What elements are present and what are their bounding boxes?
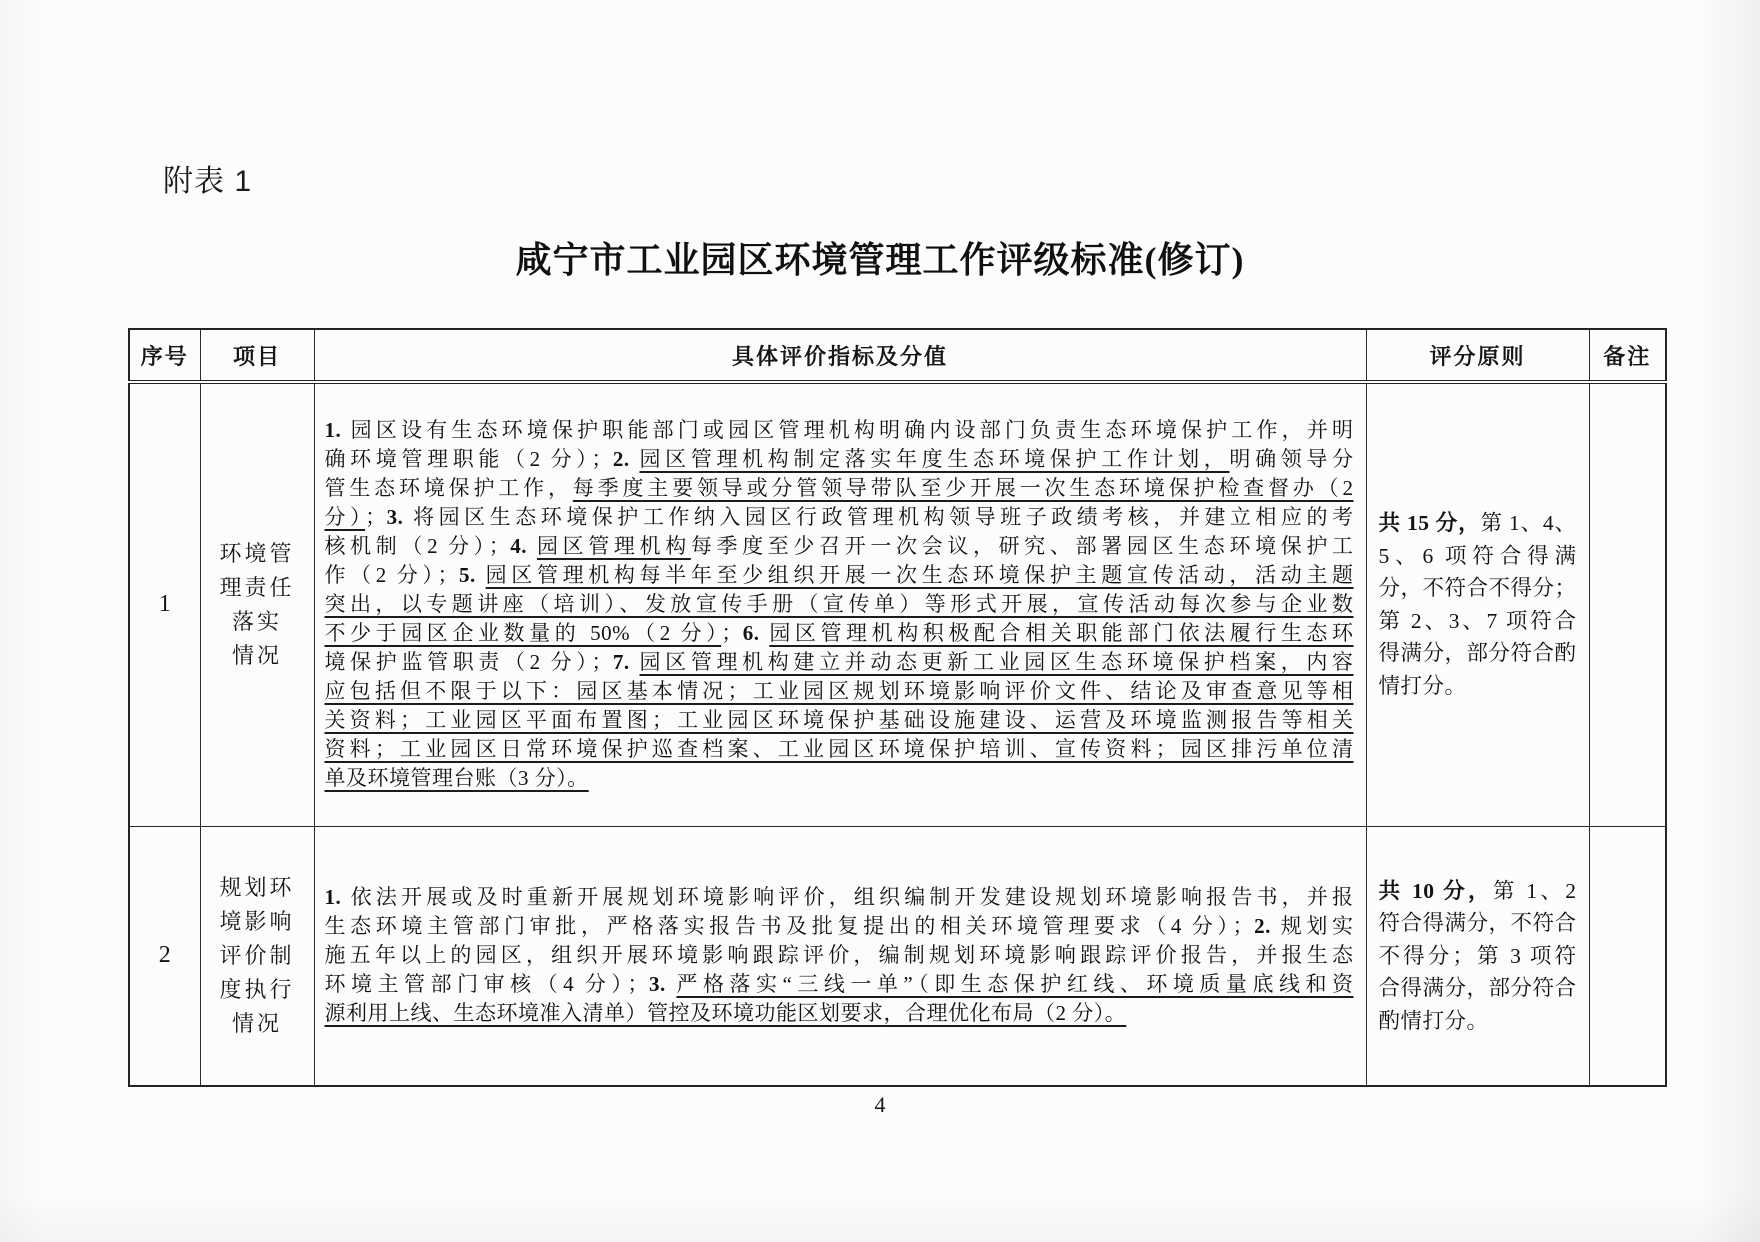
text-segment: 施五年以上的园区，组织开展环境影响跟踪评价，编制规划环境影响跟踪评价报告，并报生…: [325, 943, 1354, 967]
text-segment: 依法开展或及时重新开展规划环境影响评价，组织编制开发建设规划环境影响报告书，并报: [341, 885, 1353, 909]
text-segment: 境保护监管职责（2 分）；: [325, 650, 613, 674]
text-segment: 6.: [743, 621, 760, 645]
row1-item-name: 环境管理责任落实情况: [200, 382, 314, 826]
table-row: 1 环境管理责任落实情况 1. 园区设有生态环境保护职能部门或园区管理机构明确内…: [129, 382, 1666, 826]
text-segment: 1.: [325, 418, 342, 442]
attachment-table-label: 附表 1: [163, 156, 252, 200]
row1-scoring-text: 共 15 分，第 1、4、5、6 项符合得满分，不符合不得分；第 2、3、7 项…: [1367, 507, 1589, 702]
text-segment: [666, 972, 677, 996]
text-segment: 园区管理机构每半年至少组织开展一次生态环境保护主题宣传活动，活动主题: [486, 563, 1354, 587]
text-segment: 1.: [325, 885, 342, 909]
text-line: 情况: [201, 639, 314, 673]
text-segment: 生态环境主管部门审批，严格落实报告书及批复提出的相关环境管理要求（4 分）；: [325, 914, 1255, 938]
indicator-text-line: 境保护监管职责（2 分）；7. 园区管理机构建立并动态更新工业园区生态环境保护档…: [325, 648, 1354, 677]
text-segment: [630, 447, 640, 471]
indicator-text-line: 施五年以上的园区，组织开展环境影响跟踪评价，编制规划环境影响跟踪评价报告，并报生…: [325, 941, 1354, 970]
header-indicators: 具体评价指标及分值: [314, 329, 1366, 382]
indicator-text-line: 1. 园区设有生态环境保护职能部门或园区管理机构明确内设部门负责生态环境保护工作…: [325, 416, 1354, 445]
rating-standards-table: 序号 项目 具体评价指标及分值 评分原则 备注 1 环境管理责任落实情况 1. …: [128, 328, 1667, 1087]
text-segment: 管生态环境保护工作，: [325, 476, 573, 500]
text-segment: 核机制（2 分）；: [325, 534, 511, 558]
indicator-text-line: 应包括但不限于以下：园区基本情况；工业园区规划环境影响评价文件、结论及审查意见等…: [325, 677, 1354, 706]
text-line: 理责任: [201, 571, 314, 605]
text-segment: 3.: [649, 972, 666, 996]
indicator-text-line: 资料；工业园区日常环境保护巡查档案、工业园区环境保护培训、宣传资料；园区排污单位…: [325, 735, 1354, 764]
text-segment: 第 1、4、5、6 项符合得满分，不符合不得分；第 2、3、7 项符合得满分，部…: [1379, 511, 1577, 698]
text-segment: 源利用上线、生态环境准入清单）管控及环境功能区划要求，合理优化布局（2 分）。: [325, 1001, 1127, 1025]
text-segment: 规划实: [1271, 914, 1354, 938]
text-segment: 关资料；工业园区平面布置图；工业园区环境保护基础设施建设、运营及环境监测报告等相…: [325, 708, 1354, 732]
text-segment: 应包括但不限于以下：园区基本情况；工业园区规划环境影响评价文件、结论及审查意见等…: [325, 679, 1354, 703]
text-segment: 3.: [387, 505, 404, 529]
row2-serial-number: 2: [129, 826, 200, 1086]
text-line: 评价制: [201, 939, 314, 973]
indicator-text-line: 突出，以专题讲座（培训）、发放宣传手册（宣传单）等形式开展，宣传活动每次参与企业…: [325, 590, 1354, 619]
indicator-text-line: 环境主管部门审核（4 分）；3. 严格落实“三线一单”（即生态保护红线、环境质量…: [325, 970, 1354, 999]
row1-indicators-cell: 1. 园区设有生态环境保护职能部门或园区管理机构明确内设部门负责生态环境保护工作…: [314, 382, 1366, 826]
text-segment: 严格落实“三线一单”（即生态保护红线、环境质量底线和资: [676, 972, 1353, 996]
header-scoring-principle: 评分原则: [1366, 329, 1589, 382]
text-segment: 2.: [613, 447, 630, 471]
text-segment: 每季度主要领导或分管领导带队至少开展一次生态环境保护检查督办（2: [573, 476, 1354, 500]
row1-scoring-cell: 共 15 分，第 1、4、5、6 项符合得满分，不符合不得分；第 2、3、7 项…: [1366, 382, 1589, 826]
text-segment: 作（2 分）；: [325, 563, 460, 587]
text-segment: 2.: [1254, 914, 1271, 938]
indicator-text-line: 生态环境主管部门审批，严格落实报告书及批复提出的相关环境管理要求（4 分）；2.…: [325, 912, 1354, 941]
text-segment: 突出，以专题讲座（培训）、发放宣传手册（宣传单）等形式开展，宣传活动每次参与企业…: [325, 592, 1354, 616]
text-segment: 每季度至少召开一次会议，研究、部署园区生态环境保护工: [691, 534, 1354, 558]
text-segment: 不少于园区企业数量的 50%（2 分）: [325, 621, 722, 645]
row2-indicators-text: 1. 依法开展或及时重新开展规划环境影响评价，组织编制开发建设规划环境影响报告书…: [315, 883, 1366, 1028]
table-row: 2 规划环境影响评价制度执行情况 1. 依法开展或及时重新开展规划环境影响评价，…: [129, 826, 1666, 1086]
page-number: 4: [0, 1092, 1760, 1118]
page-title: 咸宁市工业园区环境管理工作评级标准(修订): [0, 232, 1760, 283]
text-line: 境影响: [201, 905, 314, 939]
row2-item-name: 规划环境影响评价制度执行情况: [200, 826, 314, 1086]
text-line: 度执行: [201, 973, 314, 1007]
text-segment: ；: [365, 505, 387, 529]
text-segment: 园区管理机构建立并动态更新工业园区生态环境保护档案，内容: [640, 650, 1354, 674]
indicator-text-line: 1. 依法开展或及时重新开展规划环境影响评价，组织编制开发建设规划环境影响报告书…: [325, 883, 1354, 912]
text-segment: 7.: [613, 650, 630, 674]
text-segment: [759, 621, 769, 645]
text-line: 情况: [201, 1007, 314, 1041]
row1-indicators-text: 1. 园区设有生态环境保护职能部门或园区管理机构明确内设部门负责生态环境保护工作…: [315, 416, 1366, 793]
text-segment: 确环境管理职能（2 分）；: [325, 447, 613, 471]
text-segment: 分）: [325, 505, 366, 529]
text-line: 落实: [201, 605, 314, 639]
scanned-document-page: 附表 1 咸宁市工业园区环境管理工作评级标准(修订) 序号 项目 具体评价指标及…: [0, 0, 1760, 1242]
row1-remark-cell: [1589, 382, 1666, 826]
indicator-text-line: 管生态环境保护工作，每季度主要领导或分管领导带队至少开展一次生态环境保护检查督办…: [325, 474, 1354, 503]
text-line: 规划环: [201, 871, 314, 905]
text-segment: 环境主管部门审核（4 分）；: [325, 972, 649, 996]
indicator-text-line: 核机制（2 分）；4. 园区管理机构每季度至少召开一次会议，研究、部署园区生态环…: [325, 532, 1354, 561]
row2-scoring-text: 共 10 分，第 1、2 符合得满分，不符合不得分；第 3 项符合得满分，部分符…: [1367, 875, 1589, 1038]
text-segment: [476, 563, 486, 587]
indicator-text-line: 作（2 分）；5. 园区管理机构每半年至少组织开展一次生态环境保护主题宣传活动，…: [325, 561, 1354, 590]
row2-remark-cell: [1589, 826, 1666, 1086]
indicator-text-line: 不少于园区企业数量的 50%（2 分）；6. 园区管理机构积极配合相关职能部门依…: [325, 619, 1354, 648]
text-segment: 将园区生态环境保护工作纳入园区行政管理机构领导班子政绩考核，并建立相应的考: [403, 505, 1353, 529]
text-segment: 共 15 分，: [1379, 511, 1481, 535]
header-item: 项目: [200, 329, 314, 382]
row2-scoring-cell: 共 10 分，第 1、2 符合得满分，不符合不得分；第 3 项符合得满分，部分符…: [1366, 826, 1589, 1086]
indicator-text-line: 单及环境管理台账（3 分）。: [325, 764, 1354, 793]
text-segment: 4.: [510, 534, 527, 558]
text-segment: 5.: [459, 563, 476, 587]
text-line: 环境管: [201, 537, 314, 571]
indicator-text-line: 确环境管理职能（2 分）；2. 园区管理机构制定落实年度生态环境保护工作计划，明…: [325, 445, 1354, 474]
table-header-row: 序号 项目 具体评价指标及分值 评分原则 备注: [129, 329, 1666, 382]
indicator-text-line: 关资料；工业园区平面布置图；工业园区环境保护基础设施建设、运营及环境监测报告等相…: [325, 706, 1354, 735]
header-serial-number: 序号: [129, 329, 200, 382]
indicator-text-line: 源利用上线、生态环境准入清单）管控及环境功能区划要求，合理优化布局（2 分）。: [325, 999, 1354, 1028]
indicator-text-line: 分）；3. 将园区生态环境保护工作纳入园区行政管理机构领导班子政绩考核，并建立相…: [325, 503, 1354, 532]
header-remarks: 备注: [1589, 329, 1666, 382]
row1-serial-number: 1: [129, 382, 200, 826]
text-segment: 园区管理机构积极配合相关职能部门依法履行生态环: [769, 621, 1353, 645]
text-segment: 园区设有生态环境保护职能部门或园区管理机构明确内设部门负责生态环境保护工作，并明: [341, 418, 1353, 442]
text-segment: 资料；工业园区日常环境保护巡查档案、工业园区环境保护培训、宣传资料；园区排污单位…: [325, 737, 1354, 761]
text-segment: [527, 534, 537, 558]
text-segment: 园区管理机构: [537, 534, 691, 558]
text-segment: ；: [721, 621, 743, 645]
text-segment: 单及环境管理台账（3 分）。: [325, 766, 589, 790]
row2-indicators-cell: 1. 依法开展或及时重新开展规划环境影响评价，组织编制开发建设规划环境影响报告书…: [314, 826, 1366, 1086]
text-segment: 明确领导分: [1229, 447, 1353, 471]
text-segment: [630, 650, 640, 674]
text-segment: 园区管理机构制定落实年度生态环境保护工作计划，: [640, 447, 1230, 471]
text-segment: 共 10 分，: [1379, 879, 1493, 903]
